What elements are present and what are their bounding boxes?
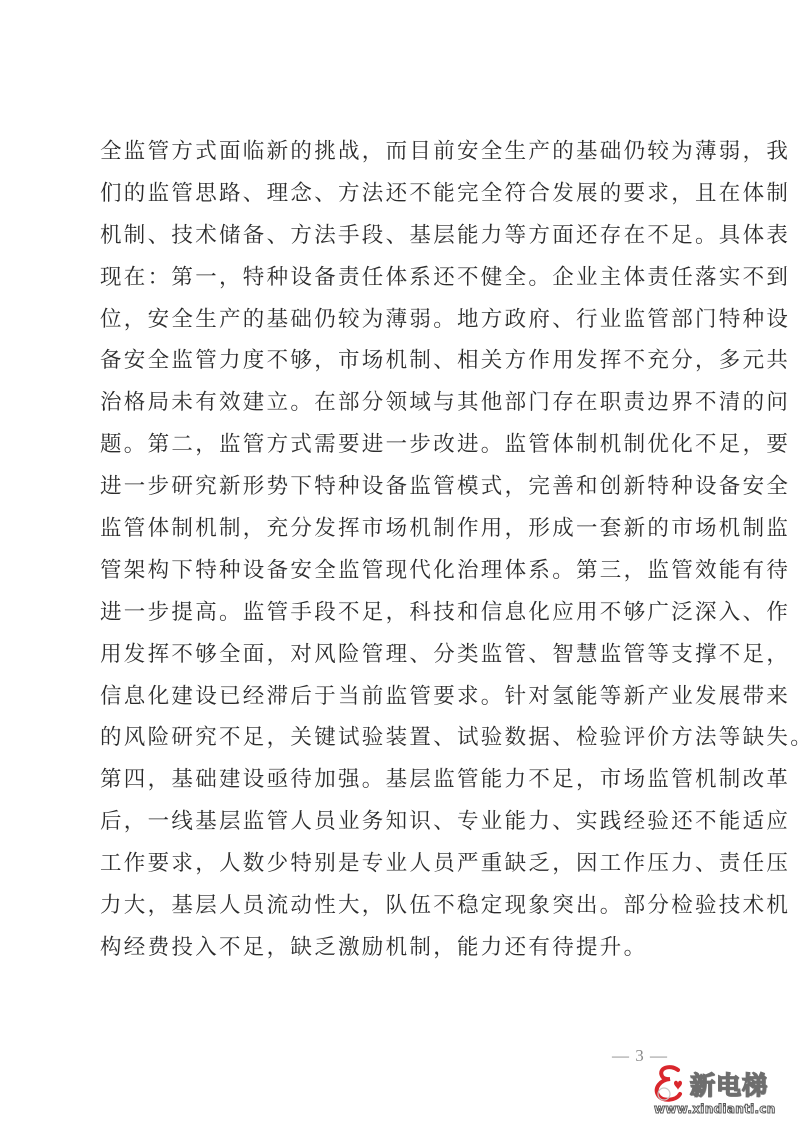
text-line: 力大，基层人员流动性大，队伍不稳定现象突出。部分检验技术机 (100, 885, 720, 927)
text-line: 工作要求，人数少特别是专业人员严重缺乏，因工作压力、责任压 (100, 843, 720, 885)
text-line: 构经费投入不足，缺乏激励机制，能力还有待提升。 (100, 927, 720, 969)
text-line: 监管体制机制，充分发挥市场机制作用，形成一套新的市场机制监 (100, 508, 720, 550)
text-line: 用发挥不够全面，对风险管理、分类监管、智慧监管等支撑不足， (100, 634, 720, 676)
watermark: 新电梯 www.xindianti.cn (652, 1062, 797, 1118)
text-line: 全监管方式面临新的挑战，而目前安全生产的基础仍较为薄弱，我 (100, 131, 720, 173)
text-line: 后，一线基层监管人员业务知识、专业能力、实践经验还不能适应 (100, 801, 720, 843)
watermark-title: 新电梯 (690, 1066, 768, 1102)
document-page: 全监管方式面临新的挑战，而目前安全生产的基础仍较为薄弱，我 们的监管思路、理念、… (0, 0, 800, 1125)
text-line: 治格局未有效建立。在部分领域与其他部门存在职责边界不清的问 (100, 382, 720, 424)
text-line: 位，安全生产的基础仍较为薄弱。地方政府、行业监管部门特种设 (100, 299, 720, 341)
text-line: 的风险研究不足，关键试验装置、试验数据、检验评价方法等缺失。 (100, 717, 720, 759)
text-line: 进一步研究新形势下特种设备监管模式，完善和创新特种设备安全 (100, 466, 720, 508)
text-line: 现在：第一，特种设备责任体系还不健全。企业主体责任落实不到 (100, 257, 720, 299)
text-line: 们的监管思路、理念、方法还不能完全符合发展的要求，且在体制 (100, 173, 720, 215)
text-line: 管架构下特种设备安全监管现代化治理体系。第三，监管效能有待 (100, 550, 720, 592)
body-paragraph: 全监管方式面临新的挑战，而目前安全生产的基础仍较为薄弱，我 们的监管思路、理念、… (100, 131, 720, 969)
text-line: 进一步提高。监管手段不足，科技和信息化应用不够广泛深入、作 (100, 592, 720, 634)
watermark-url: www.xindianti.cn (654, 1102, 776, 1116)
text-line: 题。第二，监管方式需要进一步改进。监管体制机制优化不足，要 (100, 424, 720, 466)
text-line: 机制、技术储备、方法手段、基层能力等方面还存在不足。具体表 (100, 215, 720, 257)
text-line: 备安全监管力度不够，市场机制、相关方作用发挥不充分，多元共 (100, 340, 720, 382)
elevator-logo-icon (652, 1064, 688, 1102)
text-line: 信息化建设已经滞后于当前监管要求。针对氢能等新产业发展带来 (100, 676, 720, 718)
text-line: 第四，基础建设亟待加强。基层监管能力不足，市场监管机制改革 (100, 759, 720, 801)
